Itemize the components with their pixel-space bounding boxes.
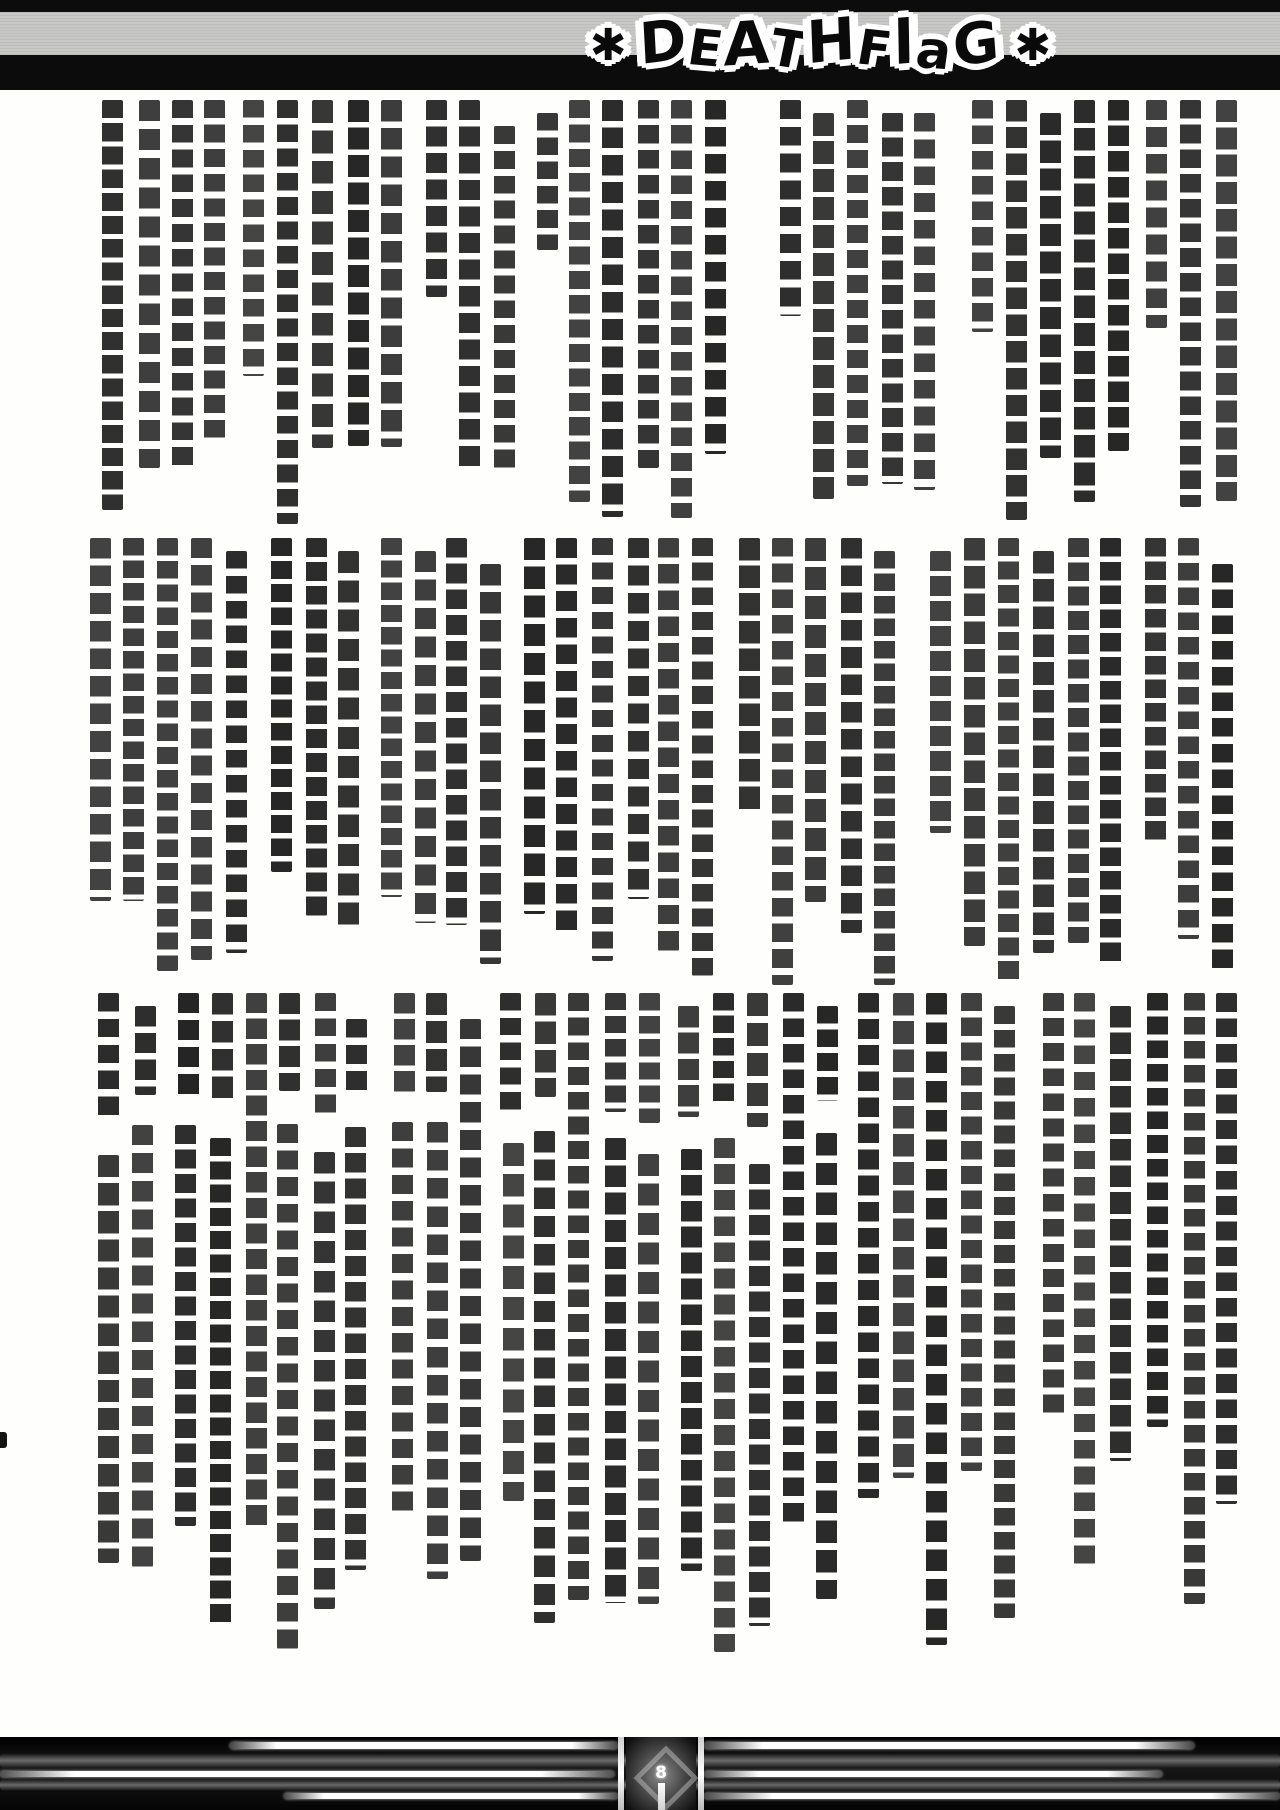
redacted-text-column xyxy=(1216,100,1237,501)
redacted-text-column xyxy=(1040,113,1061,458)
redacted-text-column xyxy=(132,1125,153,1568)
redacted-text-column xyxy=(692,538,713,976)
redacted-text-column xyxy=(628,538,649,899)
redacted-text-column xyxy=(747,993,768,1127)
title-char: E xyxy=(684,18,729,79)
redacted-text-column xyxy=(841,538,862,933)
redacted-text-column xyxy=(972,100,993,332)
redacted-text-column xyxy=(1178,538,1199,939)
redacted-text-column xyxy=(246,993,267,1529)
redacted-text-column xyxy=(426,993,447,1092)
redacted-text-column xyxy=(277,100,298,524)
redacted-text-column xyxy=(175,1125,196,1526)
redacted-text-column xyxy=(90,538,111,901)
redacted-text-column xyxy=(1147,993,1168,1427)
redacted-text-column xyxy=(638,100,659,468)
redacted-text-column xyxy=(961,993,982,1471)
redacted-text-column xyxy=(172,100,193,468)
redacted-text-column xyxy=(772,538,793,985)
footer-streak-mid-left xyxy=(0,1771,614,1777)
redacted-text-column xyxy=(537,113,558,250)
redacted-text-column xyxy=(1043,993,1064,1418)
emblem-left-bar xyxy=(618,1737,624,1810)
redacted-text-column xyxy=(459,100,480,468)
redacted-text-column xyxy=(178,993,199,1100)
redacted-text-column xyxy=(638,1154,659,1604)
redacted-text-column xyxy=(381,538,402,897)
redacted-text-column xyxy=(381,100,402,447)
emblem-right-bar xyxy=(698,1737,704,1810)
redacted-text-column xyxy=(1108,100,1129,451)
redacted-text-column xyxy=(348,100,369,446)
redacted-text-column xyxy=(1145,538,1166,844)
header-band: ✱ DEATH FlaG ✱ xyxy=(0,0,1280,90)
redacted-text-column xyxy=(882,113,903,484)
redacted-text-column xyxy=(569,100,590,502)
page-title: ✱ DEATH FlaG ✱ xyxy=(568,0,1073,90)
redacted-text-column xyxy=(605,993,626,1112)
redacted-text-column xyxy=(415,551,436,923)
redacted-text-column xyxy=(1216,993,1237,1504)
redacted-text-column xyxy=(191,538,212,960)
scanned-document-page: ✱ DEATH FlaG ✱ 8 xyxy=(0,0,1280,1810)
redacted-text-column xyxy=(338,551,359,929)
redacted-text-column xyxy=(210,1138,231,1625)
footer-streak-bottom-left xyxy=(284,1793,618,1799)
redacted-text-column xyxy=(392,1122,413,1516)
redacted-text-column xyxy=(1212,564,1233,969)
redacted-text-column xyxy=(204,100,225,442)
redacted-text-column xyxy=(749,1164,770,1626)
redacted-text-column xyxy=(780,100,801,316)
redacted-text-column xyxy=(480,564,501,964)
redacted-text-column xyxy=(314,1152,335,1609)
redacted-text-column xyxy=(1074,100,1095,502)
redacted-text-column xyxy=(494,126,515,474)
redacted-text-column xyxy=(858,993,879,1498)
redacted-text-column xyxy=(135,1006,156,1095)
redacted-text-column xyxy=(426,100,447,297)
redacted-text-column xyxy=(346,1019,367,1094)
redacted-text-column xyxy=(1074,993,1095,1567)
text-band-1 xyxy=(0,100,1280,525)
redacted-text-column xyxy=(534,1131,555,1624)
redacted-text-column xyxy=(503,1143,524,1501)
redacted-text-column xyxy=(739,538,760,811)
redacted-text-column xyxy=(524,538,545,914)
redacted-text-column xyxy=(930,551,951,833)
redacted-text-column xyxy=(678,1006,699,1117)
redacted-text-column xyxy=(714,1138,735,1653)
redacted-text-column xyxy=(713,993,734,1103)
redacted-text-column xyxy=(874,551,895,985)
footer-streak-top-left xyxy=(230,1742,618,1749)
redacted-text-column xyxy=(98,1155,119,1563)
redacted-text-column xyxy=(998,538,1019,983)
redacted-text-column xyxy=(914,113,935,490)
redacted-text-column xyxy=(926,993,947,1645)
redacted-text-column xyxy=(1180,100,1201,507)
redacted-text-column xyxy=(964,538,985,946)
footer-streak-mid-right xyxy=(704,1771,1162,1777)
redacted-text-column xyxy=(212,993,233,1101)
redacted-text-column xyxy=(500,993,521,1111)
title-char: H xyxy=(806,3,859,76)
redacted-text-column xyxy=(994,1006,1015,1618)
redacted-text-column xyxy=(226,551,247,953)
text-band-3 xyxy=(0,993,1280,1655)
redacted-text-column xyxy=(427,1122,448,1579)
redacted-text-column xyxy=(568,993,589,1600)
redacted-text-column xyxy=(460,1019,481,1561)
redacted-text-column xyxy=(315,993,336,1120)
title-char: D xyxy=(637,5,689,77)
redacted-text-column xyxy=(671,100,692,518)
redacted-text-column xyxy=(592,538,613,961)
redacted-text-column xyxy=(271,538,292,872)
redacted-text-column xyxy=(681,1149,702,1571)
footer-streak-bottom-right xyxy=(704,1793,1280,1799)
redacted-text-column xyxy=(893,993,914,1478)
redacted-text-column xyxy=(1184,993,1205,1604)
redacted-text-column xyxy=(306,538,327,916)
title-star-left-icon: ✱ xyxy=(590,20,627,71)
redacted-text-column xyxy=(783,993,804,1528)
redacted-text-column xyxy=(394,993,415,1095)
redacted-text-column xyxy=(1006,100,1027,520)
redacted-text-column xyxy=(1033,551,1054,953)
redacted-text-column xyxy=(312,100,333,448)
redacted-text-column xyxy=(847,100,868,486)
redacted-text-column xyxy=(816,1133,837,1600)
title-text: DEATH FlaG xyxy=(641,14,1001,77)
redacted-text-column xyxy=(345,1127,366,1570)
redacted-text-column xyxy=(123,538,144,901)
redacted-text-column xyxy=(602,100,623,517)
redacted-text-column xyxy=(98,993,119,1120)
title-char: a xyxy=(912,19,957,82)
redacted-text-column xyxy=(139,100,160,468)
redacted-text-column xyxy=(243,100,264,376)
text-band-2 xyxy=(0,538,1280,985)
redacted-text-column xyxy=(1068,538,1089,943)
emblem-stem xyxy=(658,1783,665,1810)
footer-streak-top-right xyxy=(704,1742,1194,1749)
redacted-text-column xyxy=(556,538,577,933)
page-number: 8 xyxy=(626,1763,696,1783)
redacted-text-column xyxy=(813,113,834,499)
redacted-text-column xyxy=(705,100,726,454)
redacted-text-column xyxy=(277,1124,298,1649)
redacted-text-column xyxy=(102,100,123,510)
redacted-text-column xyxy=(639,993,660,1123)
redacted-text-column xyxy=(805,538,826,902)
redacted-text-column xyxy=(157,538,178,971)
title-char: G xyxy=(951,7,1003,79)
emblem-inner: 8 xyxy=(626,1737,696,1810)
title-star-right-icon: ✱ xyxy=(1014,20,1051,71)
redacted-text-column xyxy=(1100,538,1121,964)
footer-band: 8 xyxy=(0,1737,1280,1810)
redacted-text-column xyxy=(605,1138,626,1603)
page-number-emblem: 8 xyxy=(618,1737,704,1810)
redacted-text-column xyxy=(658,538,679,951)
redacted-text-column xyxy=(279,993,300,1091)
redacted-text-column xyxy=(535,993,556,1097)
redacted-text-column xyxy=(1110,1006,1131,1461)
title-char: F xyxy=(853,18,898,78)
scan-edge-mark xyxy=(0,1432,7,1448)
redacted-text-column xyxy=(1146,100,1167,328)
redacted-text-column xyxy=(817,1006,838,1101)
redacted-text-column xyxy=(446,538,467,925)
